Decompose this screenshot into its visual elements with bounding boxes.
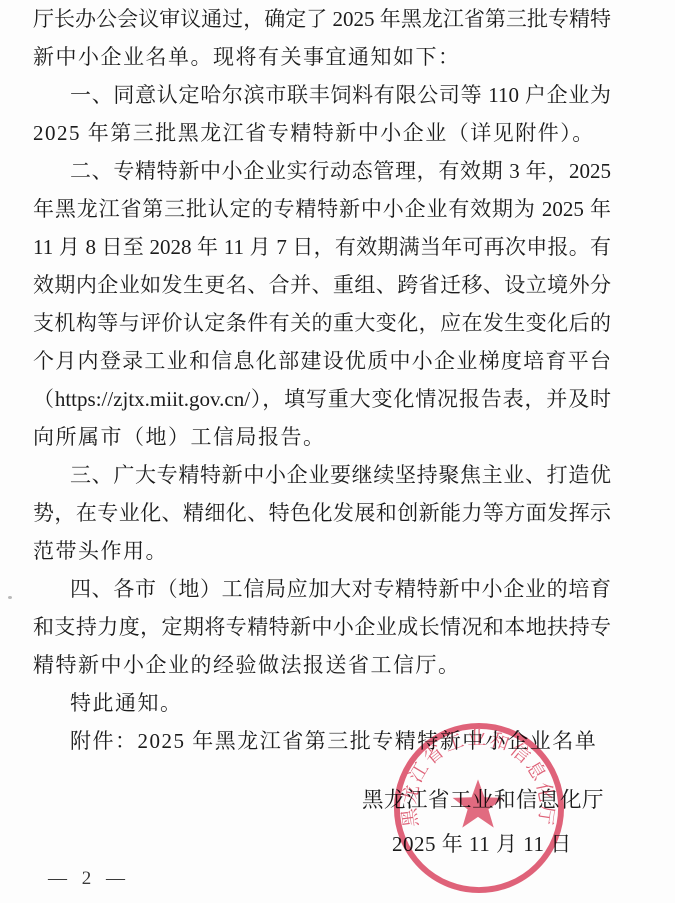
signature-organization: 黑龙江省工业和信息化厅 bbox=[362, 783, 604, 814]
scan-speckle bbox=[8, 596, 12, 599]
signature-date: 2025 年 11 月 11 日 bbox=[392, 828, 572, 858]
body-line: 精特新中小企业的经验做法报送省工信厅。 bbox=[33, 646, 611, 684]
body-line: 11 月 8 日至 2028 年 11 月 7 日，有效期满当年可再次申报。有 bbox=[33, 228, 611, 266]
body-line: 势，在专业化、精细化、特色化发展和创新能力等方面发挥示 bbox=[33, 494, 611, 532]
body-line: 支机构等与评价认定条件有关的重大变化，应在发生变化后的 3 bbox=[33, 304, 611, 342]
body-line: 新中小企业名单。现将有关事宜通知如下： bbox=[33, 38, 611, 76]
document-page: 厅长办公会议审议通过，确定了 2025 年黑龙江省第三批专精特新中小企业名单。现… bbox=[0, 0, 675, 903]
body-line: 二、专精特新中小企业实行动态管理，有效期 3 年，2025 bbox=[33, 152, 611, 190]
body-line: 四、各市（地）工信局应加大对专精特新中小企业的培育 bbox=[33, 570, 611, 608]
page-number: — 2 — bbox=[48, 868, 130, 890]
body-line: 范带头作用。 bbox=[33, 532, 611, 570]
body-line: 向所属市（地）工信局报告。 bbox=[33, 418, 611, 456]
body-line: 个月内登录工业和信息化部建设优质中小企业梯度培育平台 bbox=[33, 342, 611, 380]
body-line: 年黑龙江省第三批认定的专精特新中小企业有效期为 2025 年 bbox=[33, 190, 611, 228]
body-line: 厅长办公会议审议通过，确定了 2025 年黑龙江省第三批专精特 bbox=[33, 0, 611, 38]
body-line: 效期内企业如发生更名、合并、重组、跨省迁移、设立境外分 bbox=[33, 266, 611, 304]
body-line: （https://zjtx.miit.gov.cn/），填写重大变化情况报告表，… bbox=[33, 380, 611, 418]
body-line: 和支持力度，定期将专精特新中小企业成长情况和本地扶持专 bbox=[33, 608, 611, 646]
body-line: 三、广大专精特新中小企业要继续坚持聚焦主业、打造优 bbox=[33, 456, 611, 494]
body-line: 特此通知。 bbox=[33, 684, 611, 722]
body-line: 附件：2025 年黑龙江省第三批专精特新中小企业名单 bbox=[33, 722, 611, 760]
body-text: 厅长办公会议审议通过，确定了 2025 年黑龙江省第三批专精特新中小企业名单。现… bbox=[33, 0, 611, 760]
body-line: 2025 年第三批黑龙江省专精特新中小企业（详见附件）。 bbox=[33, 114, 611, 152]
body-line: 一、同意认定哈尔滨市联丰饲料有限公司等 110 户企业为 bbox=[33, 76, 611, 114]
